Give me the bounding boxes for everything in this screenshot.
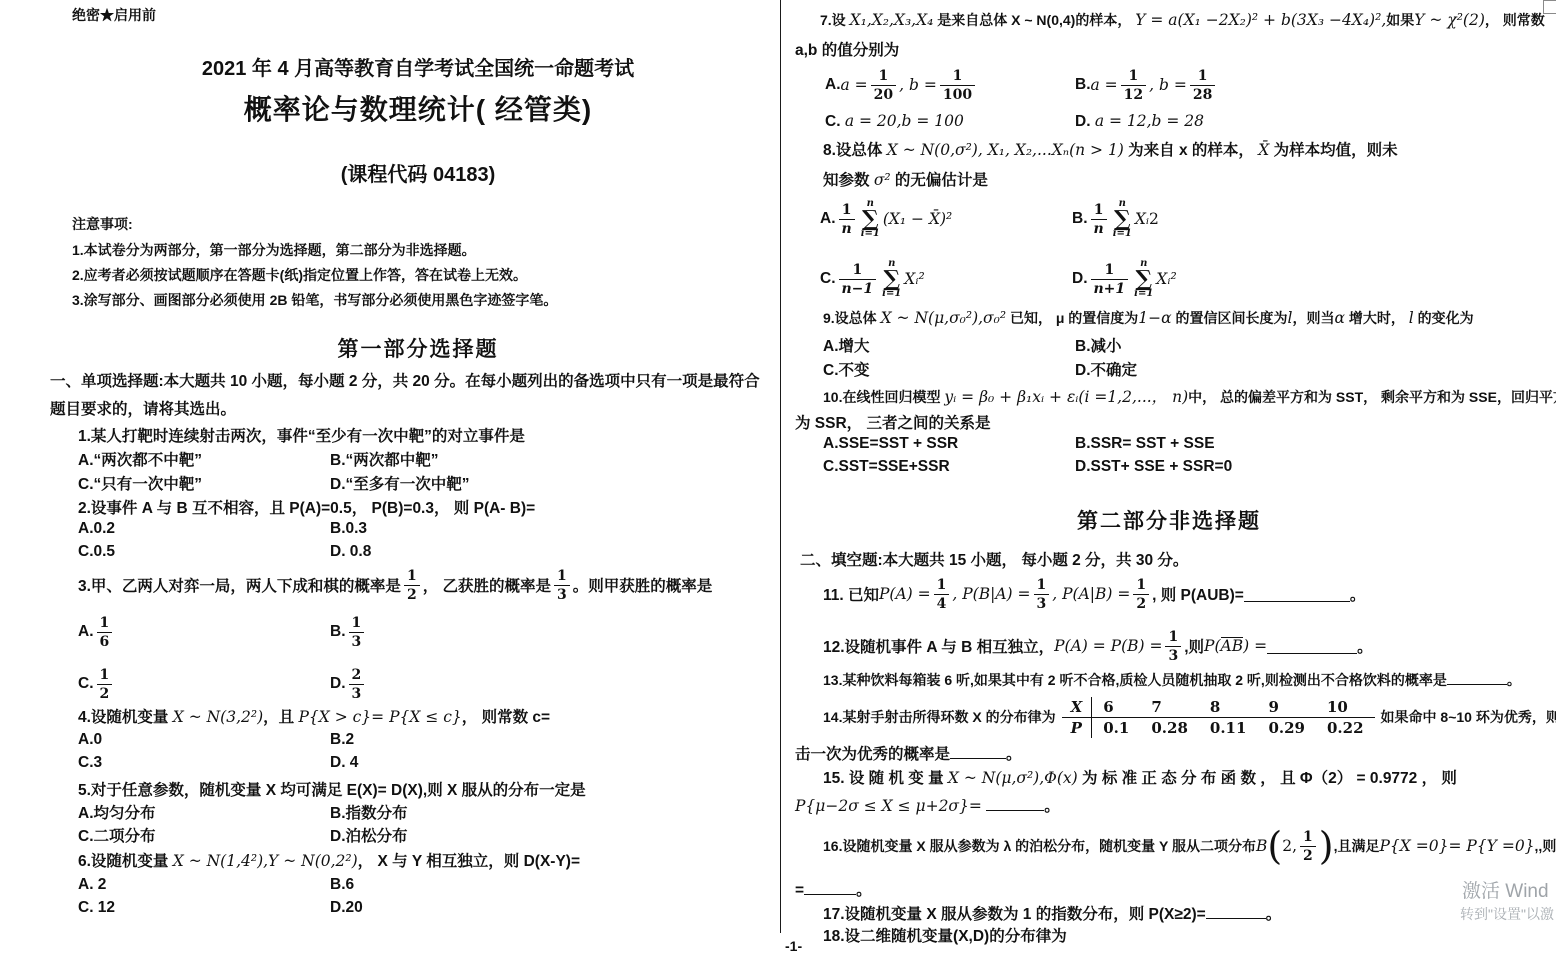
q12-math: ) = (1243, 637, 1267, 655)
q8-math-sup: 2 (1149, 210, 1159, 228)
q8-math: X̄ (1258, 141, 1269, 159)
q14-stem-text: 如果命中 8~10 环为优秀，则这名射手射 (1381, 707, 1556, 727)
windows-activation-watermark: 激活 Wind (1462, 876, 1549, 903)
fraction: 1100 (940, 69, 975, 102)
q15-math: X ~ N(μ,σ²),Φ(x) (948, 769, 1078, 787)
fraction: 1n (1091, 203, 1107, 236)
q8-math: Xᵢ² (1156, 270, 1176, 288)
table-cell: 0.11 (1199, 718, 1258, 738)
q15-stem: 15. 设 随 机 变 量 X ~ N(μ,σ²),Φ(x) 为 标 准 正 态… (823, 766, 1457, 788)
frac-den: 100 (940, 85, 975, 102)
frac-num: 1 (839, 203, 855, 219)
frac-den: 2 (97, 684, 113, 701)
q1-option-b: B.“两次都中靶” (330, 448, 439, 470)
fraction: 13 (349, 616, 365, 649)
q9-math: X ~ N(μ,σ₀²),σ₀² (881, 309, 1006, 327)
q6-stem: 6.设随机变量 X ~ N(1,4²),Y ~ N(0,2²)， X 与 Y 相… (78, 849, 580, 871)
table-cell: 9 (1257, 697, 1316, 718)
fraction: 13 (1165, 630, 1181, 663)
frac-den: 4 (934, 594, 950, 611)
q5-stem: 5.对于任意参数，随机变量 X 均可满足 E(X)= D(X),则 X 服从的分… (78, 778, 586, 800)
q7-option-a: A. a = 120 , b = 1100 (825, 62, 978, 108)
q2-option-a: A.0.2 (78, 520, 115, 538)
q10-math: yᵢ = β₀ + β₁xᵢ + εᵢ(i =1,2,...， n) (944, 388, 1188, 406)
q7-math: Y = a(X₁ −2X₂)² + b(3X₃ −4X₄)², (1135, 11, 1386, 29)
fraction: 1n (839, 203, 855, 236)
q12-math: P( (1204, 637, 1220, 655)
sigma-symbol: ∑ (883, 269, 900, 290)
q10-option-c: C.SST=SSE+SSR (823, 458, 950, 476)
windows-activation-watermark-line2: 转到"设置"以激 (1460, 904, 1554, 924)
option-label: D. (1072, 270, 1088, 288)
q16-stem-text: = (795, 882, 804, 899)
q7-stem-text: 是来自总体 X ~ N(0,4)的样本， (933, 12, 1135, 28)
q10-stem-text: 10.在线性回归模型 (823, 389, 944, 405)
q16-stem-line2: =。 (795, 878, 872, 900)
q11-math: P(A) = (879, 585, 931, 603)
q6-stem-text: ， X 与 Y 相互独立，则 D(X-Y)= (358, 853, 580, 870)
frac-den: n (1091, 219, 1107, 236)
q16-math: P{X =0}= P{Y =0} (1380, 837, 1535, 855)
q8-math: Xᵢ² (904, 270, 924, 288)
q13-stem-text: 13.某种饮料每箱装 6 听,如果其中有 2 听不合格,质检人员随机抽取 2 听… (823, 672, 1447, 688)
q14-stem-text: 击一次为优秀的概率是 (795, 746, 950, 763)
frac-num: 1 (950, 69, 966, 85)
q13-end: 。 (1507, 672, 1521, 688)
q9-stem-text: 已知， μ 的置信度为 (1006, 310, 1138, 326)
answer-blank (804, 880, 856, 895)
q10-option-a: A.SSE=SST + SSR (823, 435, 958, 453)
q6-option-a: A. 2 (78, 876, 106, 894)
q16-stem-text: 16.设随机变量 X 服从参数为 λ 的泊松分布，随机变量 Y 服从二项分布 (823, 836, 1256, 856)
q4-stem: 4.设随机变量 X ~ N(3,2²)，且 P{X > c}= P{X ≤ c}… (78, 705, 550, 727)
frac-den: 3 (349, 684, 365, 701)
answer-blank (1244, 587, 1350, 602)
fraction: 1n+1 (1091, 263, 1129, 296)
answer-blank (1206, 904, 1266, 919)
secrecy-label: 绝密★启用前 (72, 5, 156, 25)
q7-math: a = (841, 76, 868, 94)
answer-blank (950, 744, 1006, 759)
q7-math: , b = (899, 76, 937, 94)
section1-intro: 一、单项选择题:本大题共 10 小题，每小题 2 分，共 20 分。在每小题列出… (50, 369, 760, 391)
fraction: 16 (97, 616, 113, 649)
q7-math: a = (1091, 76, 1118, 94)
q4-option-b: B.2 (330, 731, 354, 749)
frac-den: 20 (871, 85, 896, 102)
sigma-symbol: ∑ (862, 209, 879, 230)
frac-den: 3 (554, 585, 570, 602)
exam-title: 2021 年 4 月高等教育自学考试全国统一命题考试 (60, 52, 776, 81)
q7-stem-text: 如果 (1386, 12, 1414, 28)
frac-num: 1 (404, 569, 420, 585)
fraction: 1n−1 (839, 263, 877, 296)
q8-option-d: D. 1n+1 n∑i=1 Xᵢ² (1072, 254, 1177, 304)
frac-num: 1 (876, 69, 892, 85)
q14-stem-line2: 击一次为优秀的概率是。 (795, 742, 1022, 764)
summation: n∑i=1 (1113, 199, 1132, 239)
q3-stem-text: 3.甲、乙两人对弈一局，两人下成和棋的概率是 (78, 574, 401, 596)
answer-blank (1267, 639, 1357, 654)
q3-option-b: B. 13 (330, 610, 367, 654)
q7-option-d: D. a = 12,b = 28 (1075, 112, 1204, 131)
option-label: A. (820, 210, 836, 228)
q4-stem-text: ，且 (263, 709, 298, 726)
fraction: 13 (1034, 578, 1050, 611)
course-code: (课程代码 04183) (60, 158, 776, 187)
q8-option-b: B. 1n n∑i=1 Xᵢ2 (1072, 194, 1159, 244)
q5-option-a: A.均匀分布 (78, 801, 156, 823)
table-cell: 0.22 (1316, 718, 1375, 738)
q15-math: P{μ−2σ ≤ X ≤ μ+2σ}= (795, 797, 982, 815)
fraction: 23 (349, 668, 365, 701)
option-label: C. (820, 270, 836, 288)
q15-end: 。 (1044, 798, 1060, 815)
option-label: C. (825, 113, 845, 130)
q4-stem-text: 4.设随机变量 (78, 709, 173, 726)
q3-option-a: A. 16 (78, 610, 115, 654)
q8-math: Xᵢ (1135, 210, 1149, 228)
frac-num: 1 (1126, 69, 1142, 85)
option-label: A. (825, 76, 841, 94)
fraction: 12 (97, 668, 113, 701)
q14-stem-text: 14.某射手射击所得环数 X 的分布律为 (823, 707, 1056, 727)
q6-math: X ~ N(1,4²),Y ~ N(0,2²) (173, 852, 358, 870)
q3-stem: 3.甲、乙两人对弈一局，两人下成和棋的概率是 12 ， 乙获胜的概率是 13 。… (78, 564, 712, 606)
q8-stem-text: 为样本均值，则未 (1269, 142, 1397, 159)
q2-stem: 2.设事件 A 与 B 互不相容，且 P(A)=0.5， P(B)=0.3， 则… (78, 496, 535, 518)
q9-stem-text: 9.设总体 (823, 310, 881, 326)
q16-stem: 16.设随机变量 X 服从参数为 λ 的泊松分布，随机变量 Y 服从二项分布 B… (823, 818, 1556, 874)
table-cell: 0.28 (1140, 718, 1199, 738)
q8-math: X ~ N(0,σ²), X₁, X₂,...Xₙ(n > 1) (887, 141, 1124, 159)
frac-num: 1 (1101, 263, 1117, 279)
frac-den: 6 (97, 632, 113, 649)
q10-stem-line2: 为 SSR， 三者之间的关系是 (795, 411, 990, 433)
sigma-symbol: ∑ (1114, 209, 1131, 230)
summation: n∑i=1 (861, 199, 880, 239)
frac-den: n+1 (1091, 279, 1129, 296)
frac-num: 1 (1091, 203, 1107, 219)
q12-stem-text: ,则 (1184, 635, 1204, 657)
q11-tail: , 则 P(AUB)= (1152, 583, 1244, 605)
q11-stem: 11. 已知 P(A) = 14 , P(B|A) = 13 , P(A|B) … (823, 572, 1365, 616)
q8-option-a: A. 1n n∑i=1 (X₁ − X̄)² (820, 194, 952, 244)
q7-math: a = 20,b = 100 (845, 112, 964, 130)
frac-num: 1 (934, 578, 950, 594)
option-label: B. (330, 623, 346, 641)
q12-math: P(A) = P(B) = (1054, 637, 1162, 655)
q1-stem: 1.某人打靶时连续射击两次，事件“至少有一次中靶”的对立事件是 (78, 424, 525, 446)
q11-label: 11. 已知 (823, 583, 879, 605)
q18-stem: 18.设二维随机变量(X,D)的分布律为 (823, 924, 1067, 946)
q1-option-d: D.“至多有一次中靶” (330, 472, 470, 494)
frac-den: 3 (1165, 646, 1181, 663)
q10-option-b: B.SSR= SST + SSE (1075, 435, 1215, 453)
q9-option-d: D.不确定 (1075, 358, 1137, 380)
q8-stem-text: 的无偏估计是 (891, 172, 988, 189)
q8-math: (X₁ − X̄)² (883, 210, 952, 228)
subject-title: 概率论与数理统计( 经管类) (60, 88, 776, 128)
big-paren-left: ( (1267, 831, 1282, 861)
fraction: 120 (871, 69, 896, 102)
q15-stem-text: 15. 设 随 机 变 量 (823, 770, 948, 787)
q4-option-d: D. 4 (330, 754, 358, 772)
q8-stem: 8.设总体 X ~ N(0,σ²), X₁, X₂,...Xₙ(n > 1) 为… (823, 138, 1398, 160)
frac-num: 1 (554, 569, 570, 585)
section2-intro: 二、填空题:本大题共 15 小题， 每小题 2 分，共 30 分。 (800, 548, 1188, 570)
option-label: D. (1075, 113, 1095, 130)
option-label: A. (78, 623, 94, 641)
summation: n∑i=1 (1134, 259, 1153, 299)
frac-den: 2 (1133, 594, 1149, 611)
section1-title: 第一部分选择题 (60, 333, 776, 363)
fraction: 128 (1190, 69, 1215, 102)
q11-math: , P(A|B) = (1052, 585, 1130, 603)
q4-option-a: A.0 (78, 731, 102, 749)
q6-option-d: D.20 (330, 899, 363, 917)
q2-option-c: C.0.5 (78, 543, 115, 561)
q7-math: , b = (1149, 76, 1187, 94)
q10-stem: 10.在线性回归模型 yᵢ = β₀ + β₁xᵢ + εᵢ(i =1,2,..… (823, 385, 1556, 407)
frac-den: n−1 (839, 279, 877, 296)
q17-stem: 17.设随机变量 X 服从参数为 1 的指数分布，则 P(X≥2)=。 (823, 902, 1281, 924)
q11-end: 。 (1350, 583, 1366, 605)
q5-option-c: C.二项分布 (78, 824, 156, 846)
table-cell: 0.29 (1257, 718, 1316, 738)
sum-lower: i=1 (1113, 229, 1132, 239)
q3-stem-text: ， 乙获胜的概率是 (423, 574, 551, 596)
q7-math: a = 12,b = 28 (1095, 112, 1204, 130)
q9-stem-text: 的变化为 (1414, 310, 1474, 326)
q14-stem: 14.某射手射击所得环数 X 的分布律为 X 6 7 8 9 10 P 0.1 … (823, 692, 1556, 742)
fraction: 12 (1300, 830, 1316, 863)
frac-num: 1 (849, 263, 865, 279)
q9-option-c: C.不变 (823, 358, 870, 380)
q16-end: 。 (856, 882, 872, 899)
column-divider (780, 0, 781, 933)
table-cell: 0.1 (1092, 718, 1140, 738)
q14-end: 。 (1006, 746, 1022, 763)
q3-option-d: D. 23 (330, 662, 367, 706)
frac-num: 1 (1034, 578, 1050, 594)
q7-math: X₁,X₂,X₃,X₄ (850, 11, 934, 29)
q12-stem-text: 12.设随机事件 A 与 B 相互独立， (823, 635, 1054, 657)
table-cell: 10 (1316, 697, 1375, 718)
q15-stem-line2: P{μ−2σ ≤ X ≤ μ+2σ}= 。 (795, 794, 1060, 816)
table-cell: 8 (1199, 697, 1258, 718)
exam-paper-page: 绝密★启用前 2021 年 4 月高等教育自学考试全国统一命题考试 概率论与数理… (0, 0, 1556, 957)
sum-lower: i=1 (861, 229, 880, 239)
frac-den: 12 (1121, 85, 1146, 102)
q10-option-d: D.SST+ SSE + SSR=0 (1075, 458, 1232, 476)
q16-stem-text: ,,则入 (1535, 836, 1556, 856)
frac-den: 2 (1300, 846, 1316, 863)
q7-stem-text: ， 则常数 (1485, 12, 1545, 28)
fraction: 12 (404, 569, 420, 602)
q1-option-a: A.“两次都不中靶” (78, 448, 202, 470)
q8-stem-line2: 知参数 σ² 的无偏估计是 (823, 168, 988, 190)
q13-stem: 13.某种饮料每箱装 6 听,如果其中有 2 听不合格,质检人员随机抽取 2 听… (823, 670, 1521, 690)
notice-item: 3.涂写部分、画图部分必须使用 2B 铅笔，书写部分必须使用黑色字迹签字笔。 (72, 290, 557, 310)
q12-end: 。 (1357, 635, 1373, 657)
q10-stem-text: 中， 总的偏差平方和为 SST， 剩余平方和为 SSE，回归平方和 (1188, 389, 1556, 405)
big-paren-right: ) (1319, 831, 1334, 861)
q3-option-c: C. 12 (78, 662, 115, 706)
notice-item: 1.本试卷分为两部分，第一部分为选择题，第二部分为非选择题。 (72, 240, 476, 260)
fraction: 112 (1121, 69, 1146, 102)
q7-stem-text: 7.设 (820, 12, 850, 28)
fraction: 12 (1133, 578, 1149, 611)
q6-option-c: C. 12 (78, 899, 115, 917)
q6-option-b: B.6 (330, 876, 354, 894)
q8-stem-text: 为来自 x 的样本， (1124, 142, 1258, 159)
q4-stem-text: ， 则常数 c= (462, 709, 550, 726)
q3-stem-text: 。则甲获胜的概率是 (573, 574, 713, 596)
q9-stem: 9.设总体 X ~ N(μ,σ₀²),σ₀² 已知， μ 的置信度为1−α 的置… (823, 308, 1474, 328)
q12-stem: 12.设随机事件 A 与 B 相互独立， P(A) = P(B) = 13 ,则… (823, 624, 1373, 668)
sum-lower: i=1 (1134, 289, 1153, 299)
option-label: C. (78, 675, 94, 693)
q9-math: α (1334, 309, 1344, 327)
q15-stem-text: 为 标 准 正 态 分 布 函 数 ， 且 Φ（2） = 0.9772 ， 则 (1078, 770, 1457, 787)
q7-option-c: C. a = 20,b = 100 (825, 112, 964, 131)
corner-ui-fragment (1543, 0, 1556, 14)
frac-num: 1 (1165, 630, 1181, 646)
q9-stem-text: 增大时， (1345, 310, 1409, 326)
summation: n∑i=1 (882, 259, 901, 299)
sigma-symbol: ∑ (1135, 269, 1152, 290)
frac-num: 2 (349, 668, 365, 684)
q2-option-b: B.0.3 (330, 520, 367, 538)
section1-intro: 题目要求的，请将其选出。 (50, 397, 236, 419)
frac-den: 28 (1190, 85, 1215, 102)
q11-math: , P(B|A) = (952, 585, 1030, 603)
answer-blank (1447, 670, 1507, 685)
q5-option-d: D.泊松分布 (330, 824, 408, 846)
q17-end: 。 (1266, 906, 1282, 923)
q9-stem-text: ，则当 (1292, 310, 1334, 326)
frac-num: 1 (1133, 578, 1149, 594)
fraction: 13 (554, 569, 570, 602)
table-header-p: P (1062, 718, 1093, 738)
table-cell: 6 (1092, 697, 1140, 718)
frac-num: 1 (97, 668, 113, 684)
q7-option-b: B. a = 112 , b = 128 (1075, 62, 1218, 108)
frac-den: n (839, 219, 855, 236)
q1-option-c: C.“只有一次中靶” (78, 472, 202, 494)
option-label: B. (1075, 76, 1091, 94)
q8-stem-text: 8.设总体 (823, 142, 887, 159)
q7-stem-line2: a,b 的值分别为 (795, 38, 899, 60)
q6-stem-text: 6.设随机变量 (78, 853, 173, 870)
option-label: D. (330, 675, 346, 693)
q9-option-b: B.减小 (1075, 334, 1122, 356)
q2-option-d: D. 0.8 (330, 543, 371, 561)
table-header-x: X (1062, 697, 1093, 718)
q9-stem-text: 的置信区间长度为 (1172, 310, 1288, 326)
q8-option-c: C. 1n−1 n∑i=1 Xᵢ² (820, 254, 925, 304)
page-number: -1- (785, 938, 802, 954)
q4-option-c: C.3 (78, 754, 102, 772)
fraction: 14 (934, 578, 950, 611)
distribution-table: X 6 7 8 9 10 P 0.1 0.28 0.11 0.29 0.22 (1062, 697, 1375, 738)
q4-math: X ~ N(3,2²) (173, 708, 263, 726)
frac-num: 1 (349, 616, 365, 632)
option-label: B. (1072, 210, 1088, 228)
frac-den: 3 (349, 632, 365, 649)
q16-stem-text: ,且满足 (1334, 836, 1380, 856)
q16-math: B (1256, 837, 1267, 855)
answer-blank (986, 796, 1044, 811)
q9-math: 1−α (1138, 309, 1171, 327)
frac-num: 1 (97, 616, 113, 632)
q8-stem-text: 知参数 (823, 172, 874, 189)
q17-stem-text: 17.设随机变量 X 服从参数为 1 的指数分布，则 P(X≥2)= (823, 906, 1206, 923)
frac-den: 2 (404, 585, 420, 602)
q9-option-a: A.增大 (823, 334, 870, 356)
overline-AB: AB (1221, 637, 1244, 655)
frac-num: 1 (1195, 69, 1211, 85)
notice-title: 注意事项: (72, 214, 133, 234)
q8-math: σ² (874, 171, 891, 189)
q7-math: Y ~ χ²(2) (1414, 11, 1485, 29)
q16-math: 2, (1282, 837, 1297, 855)
q4-math: P{X > c}= P{X ≤ c} (298, 708, 461, 726)
table-cell: 7 (1140, 697, 1199, 718)
notice-item: 2.应考者必须按试题顺序在答题卡(纸)指定位置上作答，答在试卷上无效。 (72, 265, 527, 285)
q7-stem: 7.设 X₁,X₂,X₃,X₄ 是来自总体 X ~ N(0,4)的样本， Y =… (820, 10, 1545, 30)
q5-option-b: B.指数分布 (330, 801, 408, 823)
sum-lower: i=1 (882, 289, 901, 299)
section2-title: 第二部分非选择题 (795, 505, 1543, 535)
frac-den: 3 (1034, 594, 1050, 611)
frac-num: 1 (1300, 830, 1316, 846)
